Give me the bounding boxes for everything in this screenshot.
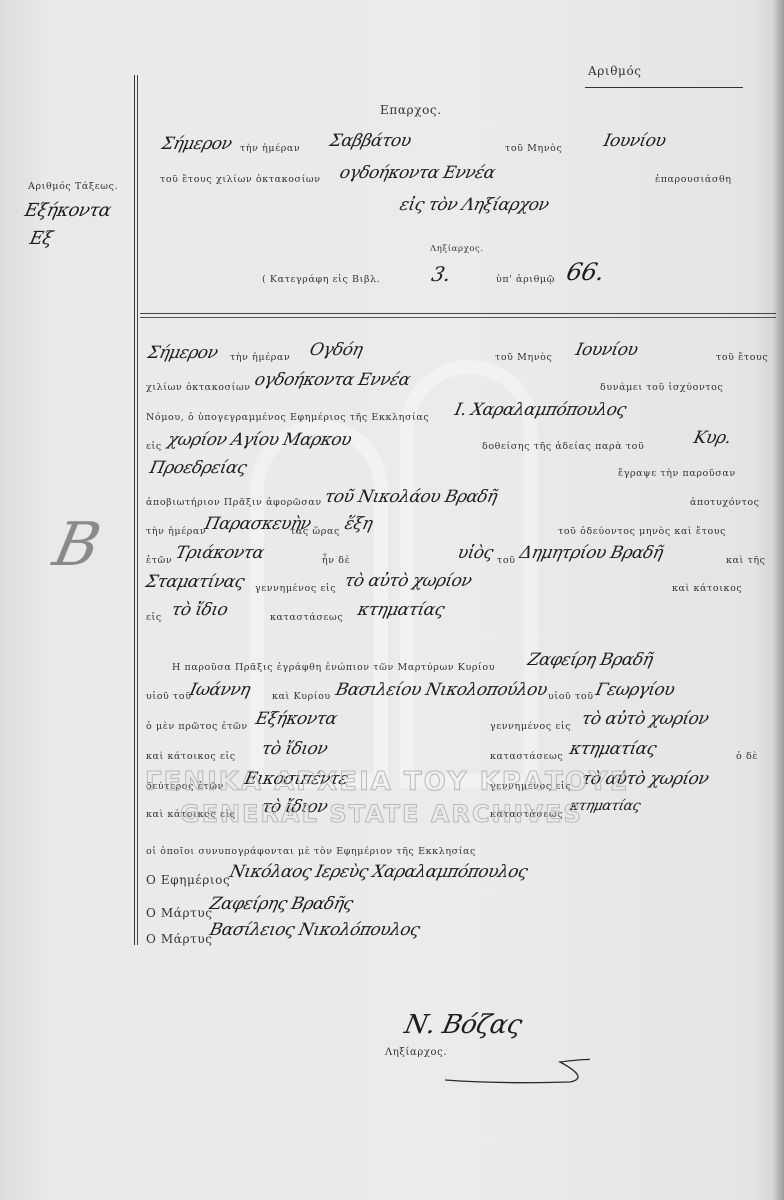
hand-text: τὸ αὐτὸ χωρίον bbox=[580, 709, 711, 729]
signature-witness-2: Βασίλειος Νικολόπουλος bbox=[208, 920, 421, 940]
printed-text: δυνάμει τοῦ ἰσχύοντος bbox=[600, 382, 723, 393]
section-divider bbox=[140, 313, 776, 318]
printed-text: καὶ κάτοικος εἰς bbox=[146, 751, 236, 762]
eparchos-label: Επαρχος. bbox=[380, 103, 442, 117]
hand-day: Σαββάτου bbox=[328, 131, 413, 151]
registry-label: ( Κατεγράφη εἰς Βιβλ. bbox=[262, 274, 380, 285]
printed-text: τοῦ ἔτους bbox=[716, 352, 768, 363]
printed-text: τοῦ Μηνὸς bbox=[495, 352, 552, 363]
printed-text: καὶ κάτοικος bbox=[672, 583, 742, 594]
registrar-label: Ληξίαρχος. bbox=[430, 244, 484, 254]
printed-text: ἐπαρουσιάσθη bbox=[655, 174, 732, 185]
hand-text: Σήμερον bbox=[146, 343, 220, 363]
printed-text: ἀποβιωτήριον Πρᾶξιν ἀφορῶσαν bbox=[146, 497, 322, 508]
hand-text: τοῦ Νικολάου Βραδῆ bbox=[323, 487, 499, 507]
printed-text: ὑπ' ἀριθμῷ bbox=[496, 274, 555, 285]
printed-text: Νόμου, ὁ ὑπογεγραμμένος Εφημέριος τῆς Εκ… bbox=[146, 412, 429, 423]
signature-label-witness-1: Ο Μάρτυς bbox=[146, 906, 213, 920]
printed-text: τοῦ ἔτους χιλίων ὀκτακοσίων bbox=[160, 174, 321, 185]
signature-registrar: Ν. Βόζας bbox=[402, 1010, 525, 1040]
hand-text: Ογδόη bbox=[308, 340, 365, 360]
printed-text: τὴν ἡμέραν bbox=[240, 143, 300, 154]
printed-text: ἔγραψε τὴν παροῦσαν bbox=[618, 468, 736, 479]
number-underline bbox=[585, 87, 743, 88]
hand-text: Ιωάννη bbox=[188, 680, 252, 700]
printed-text: τοῦ ὀδεύοντος μηνὸς καὶ ἔτους bbox=[558, 526, 726, 537]
hand-order-number: Εξήκοντα bbox=[23, 200, 113, 221]
hand-text: Τριάκοντα bbox=[174, 543, 266, 563]
printed-text: τὴν ἡμέραν bbox=[146, 526, 206, 537]
printed-text: ὁ δὲ bbox=[736, 751, 758, 762]
hand-text: ἕξη bbox=[343, 514, 374, 534]
hand-text: τὸ ἴδιο bbox=[170, 600, 230, 620]
printed-text: τοῦ Μηνὸς bbox=[505, 143, 562, 154]
printed-text: εἰς bbox=[146, 612, 162, 623]
hand-witness-1: Ζαφείρη Βραδῆ bbox=[526, 650, 655, 670]
hand-text: κτηματίας bbox=[356, 600, 446, 620]
hand-month: Ιουνίου bbox=[602, 131, 668, 151]
printed-text: τὰς ὥρας bbox=[290, 526, 340, 537]
signature-witness-1: Ζαφείρης Βραδῆς bbox=[208, 894, 355, 914]
hand-text: Σταματίνας bbox=[144, 572, 246, 592]
hand-order-number: Εξ bbox=[28, 228, 55, 249]
hand-text: υἱὸς bbox=[456, 543, 495, 563]
margin-rule bbox=[134, 75, 138, 945]
hand-year: ογδοήκοντα Εννέα bbox=[338, 163, 497, 183]
hand-text: τὸ αὐτὸ χωρίον bbox=[343, 571, 474, 591]
margin-mark: Β bbox=[48, 510, 106, 580]
printed-text: υἱοῦ τοῦ bbox=[146, 691, 192, 702]
printed-text: καταστάσεως bbox=[490, 751, 563, 762]
hand-to-registrar: εἰς τὸν Ληξίαρχον bbox=[398, 195, 551, 215]
printed-text: χιλίων ὀκτακοσίων bbox=[146, 382, 251, 393]
signature-label-witness-2: Ο Μάρτυς bbox=[146, 932, 213, 946]
printed-text: ὁ μὲν πρῶτος ἐτῶν bbox=[146, 721, 248, 732]
printed-text: οἱ ὁποῖοι συνυπογράφονται μὲ τὸν Εφημέρι… bbox=[146, 846, 476, 857]
signature-label-priest: Ο Εφημέριος bbox=[146, 873, 230, 887]
hand-text: Εξήκοντα bbox=[254, 709, 339, 729]
printed-text: Η παροῦσα Πρᾶξις ἐγράφθη ἐνώπιον τῶν Μαρ… bbox=[172, 662, 495, 673]
printed-text: ἀποτυχόντος bbox=[690, 497, 760, 508]
watermark-text-english: GENERAL STATE ARCHIVES bbox=[180, 800, 583, 828]
hand-text: ογδοήκοντα Εννέα bbox=[253, 370, 412, 390]
printed-text: καταστάσεως bbox=[270, 612, 343, 623]
hand-text: Κυρ. bbox=[692, 428, 733, 448]
hand-text: Γεωργίου bbox=[594, 680, 676, 700]
document-page: Αριθμός Επαρχος. Σήμερον τὴν ἡμέραν Σαββ… bbox=[0, 0, 784, 1200]
hand-witness-2: Βασιλείου Νικολοπούλου bbox=[334, 680, 549, 700]
printed-text: υἱοῦ τοῦ bbox=[548, 691, 594, 702]
printed-text: καὶ Κυρίου bbox=[272, 691, 331, 702]
hand-book-number: 3. bbox=[429, 262, 452, 286]
printed-text: ἦν δὲ bbox=[322, 555, 350, 566]
registrar-signature-label: Ληξίαρχος. bbox=[385, 1047, 447, 1058]
printed-text: τοῦ bbox=[497, 555, 516, 566]
hand-text: Ι. Χαραλαμπόπουλος bbox=[453, 400, 628, 420]
number-label: Αριθμός bbox=[588, 64, 642, 78]
order-number-label: Αριθμός Τάξεως. bbox=[28, 181, 118, 192]
hand-text: Δημητρίου Βραδῆ bbox=[518, 543, 665, 563]
printed-text: γεννημένος εἰς bbox=[490, 721, 571, 732]
signature-priest: Νικόλαος Ιερεὺς Χαραλαμπόπουλος bbox=[228, 862, 529, 882]
printed-text: ἐτῶν bbox=[146, 555, 172, 566]
printed-text: δοθείσης τῆς ἀδείας παρὰ τοῦ bbox=[482, 441, 644, 452]
printed-text: εἰς bbox=[146, 441, 162, 452]
page-edge-shadow bbox=[772, 0, 784, 1200]
printed-text: τὴν ἡμέραν bbox=[230, 352, 290, 363]
printed-text: καὶ τῆς bbox=[726, 555, 766, 566]
hand-text: χωρίον Αγίου Μαρκου bbox=[166, 430, 353, 450]
hand-text: Προεδρείας bbox=[148, 458, 248, 478]
hand-text: τὸ ἴδιον bbox=[260, 739, 329, 759]
watermark-text-greek: ΓΕΝΙΚΑ ΑΡΧΕΙΑ ΤΟΥ ΚΡΑΤΟΥΣ bbox=[145, 767, 629, 797]
hand-text: κτηματίας bbox=[568, 739, 658, 759]
hand-text: Ιουνίου bbox=[574, 340, 640, 360]
signature-flourish-icon bbox=[440, 1050, 590, 1090]
hand-record-number: 66. bbox=[564, 258, 607, 286]
printed-text: γεννημένος εἰς bbox=[255, 583, 336, 594]
hand-today: Σήμερον bbox=[160, 134, 234, 154]
